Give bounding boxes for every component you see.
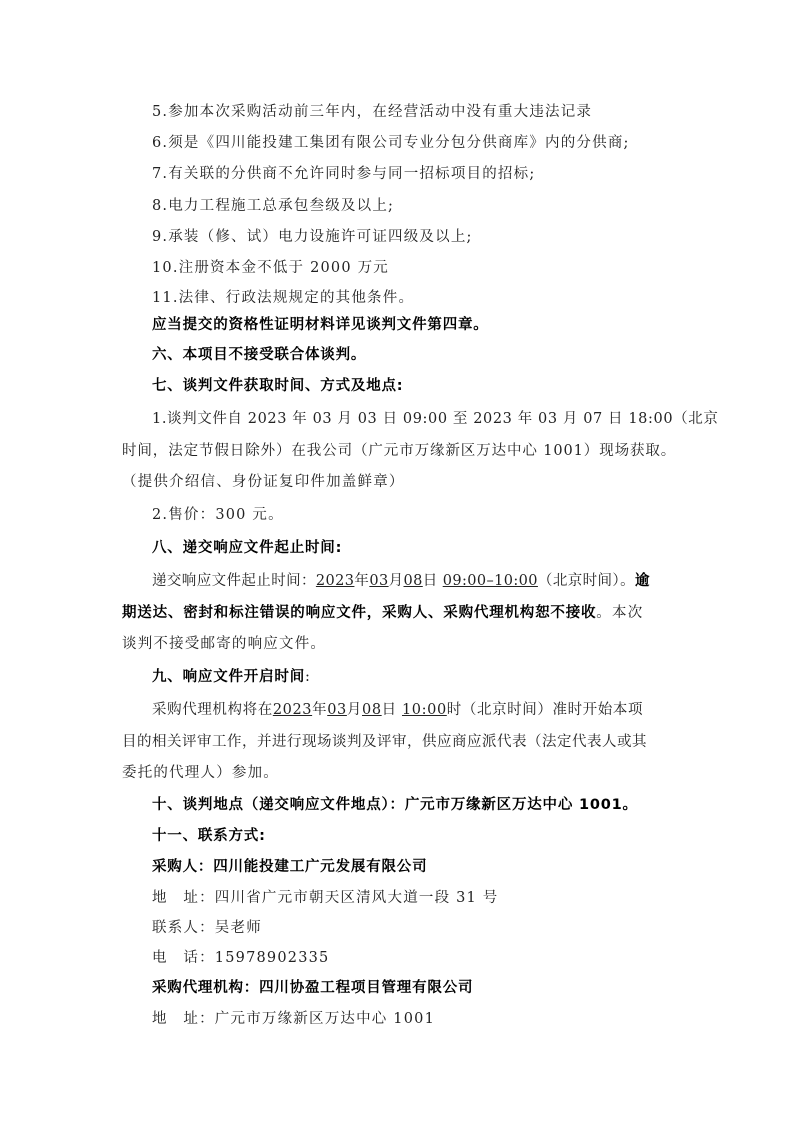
section-9-line-3: 委托的代理人）参加。 (122, 763, 279, 783)
section-7-line-1: 1.谈判文件自 2023 年 03 月 03 日 09:00 至 2023 年 … (152, 409, 718, 429)
day-unit: 日 (382, 702, 397, 718)
section-10-title: 十、谈判地点（递交响应文件地点）：广元市万缘新区万达中心 1001。 (152, 795, 638, 815)
purchaser: 采购人：四川能投建工广元发展有限公司 (152, 857, 427, 877)
requirement-7: 7.有关联的分供商不允许同时参与同一招标项目的招标; (152, 164, 535, 184)
purchaser-label: 采购人： (152, 859, 213, 875)
section-7-line-2: 时间，法定节假日除外）在我公司（广元市万缘新区万达中心 1001）现场获取。 (122, 441, 676, 461)
section-8-month: 03 (369, 573, 388, 589)
section-7-price: 2.售价：300 元。 (152, 505, 284, 525)
section-9-title: 九、响应文件开启时间: (152, 667, 311, 687)
requirement-11: 11.法律、行政法规规定的其他条件。 (152, 288, 414, 308)
section-8-day: 08 (404, 573, 423, 589)
section-11-title: 十一、联系方式: (152, 826, 266, 846)
document-page: 5.参加本次采购活动前三年内，在经营活动中没有重大违法记录 6.须是《四川能投建… (0, 0, 794, 1123)
section-8-label: 递交响应文件起止时间： (152, 573, 316, 589)
purchaser-name: 四川能投建工广元发展有限公司 (213, 859, 427, 875)
requirement-9: 9.承装（修、试）电力设施许可证四级及以上; (152, 227, 473, 247)
month-unit: 月 (389, 573, 404, 589)
agency: 采购代理机构：四川协盈工程项目管理有限公司 (152, 978, 473, 998)
section-9-line-2: 目的相关评审工作，并进行现场谈判及评审，供应商应派代表（法定代表人或其 (122, 732, 647, 752)
section-7-title: 七、谈判文件获取时间、方式及地点: (152, 376, 403, 396)
agency-address: 地 址：广元市万缘新区万达中心 1001 (152, 1009, 435, 1029)
section-9-colon: : (305, 669, 311, 685)
section-8-title: 八、递交响应文件起止时间: (152, 538, 342, 558)
month-unit: 月 (347, 702, 362, 718)
section-8-year: 2023 (316, 573, 355, 589)
requirement-10: 10.注册资本金不低于 2000 万元 (152, 258, 389, 278)
section-6-title: 六、本项目不接受联合体谈判。 (152, 345, 366, 365)
section-9-rest: 时（北京时间）准时开始本项 (447, 702, 643, 718)
section-9-year: 2023 (273, 702, 312, 718)
agency-label: 采购代理机构： (152, 980, 259, 996)
section-8-tz: （北京时间）。 (538, 573, 635, 589)
section-9-time: 10:00 (402, 702, 447, 718)
qualification-note: 应当提交的资格性证明材料详见谈判文件第四章。 (152, 315, 489, 335)
section-8-time: 09:00–10:00 (443, 573, 538, 589)
section-9-line-1: 采购代理机构将在2023年03月08日 10:00时（北京时间）准时开始本项 (152, 700, 643, 720)
contact-phone: 电 话：15978902335 (152, 948, 329, 968)
section-8-bold-text: 期送达、密封和标注错误的响应文件，采购人、采购代理机构恕不接收 (122, 605, 596, 621)
section-9-month: 03 (327, 702, 347, 718)
section-8-line-3: 谈判不接受邮寄的响应文件。 (122, 634, 326, 654)
contact-person: 联系人：吴老师 (152, 918, 262, 938)
section-8-line-2: 期送达、密封和标注错误的响应文件，采购人、采购代理机构恕不接收。本次 (122, 603, 643, 623)
requirement-5: 5.参加本次采购活动前三年内，在经营活动中没有重大违法记录 (152, 102, 592, 122)
section-8-bold-start: 逾 (635, 573, 650, 589)
section-9-lead: 采购代理机构将在 (152, 702, 273, 718)
requirement-8: 8.电力工程施工总承包叁级及以上; (152, 196, 394, 216)
requirement-6: 6.须是《四川能投建工集团有限公司专业分包分供商库》内的分供商; (152, 133, 630, 153)
purchaser-address: 地 址：四川省广元市朝天区清风大道一段 31 号 (152, 888, 498, 908)
section-8-line-1: 递交响应文件起止时间：2023年03月08日 09:00–10:00（北京时间）… (152, 571, 650, 591)
day-unit: 日 (423, 573, 438, 589)
year-unit: 年 (354, 573, 369, 589)
section-9-title-text: 九、响应文件开启时间 (152, 669, 305, 685)
year-unit: 年 (312, 702, 327, 718)
section-8-rest: 。本次 (596, 605, 643, 621)
section-9-day: 08 (362, 702, 382, 718)
section-7-line-3: （提供介绍信、身份证复印件加盖鲜章） (122, 472, 405, 492)
agency-name: 四川协盈工程项目管理有限公司 (259, 980, 473, 996)
